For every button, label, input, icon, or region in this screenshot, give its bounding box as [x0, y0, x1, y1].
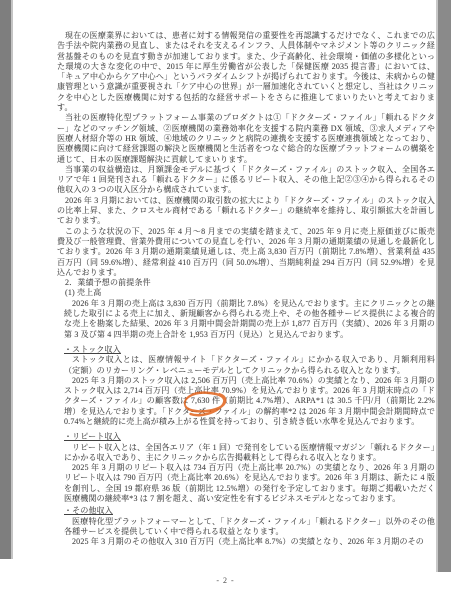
revenue-structure-paragraph-3: このような状況の下、2025 年 4 月～8 月までの実績を踏まえて、2025 … — [57, 227, 435, 278]
stock-revenue-heading: ・ストック収入 — [64, 345, 435, 355]
circled-value-text: 7,630 件 — [191, 396, 221, 405]
stock-revenue-subsection: ・ストック収入 ストック収入とは、医療情報サイト「ドクターズ・ファイル」にかかる… — [64, 345, 435, 427]
circled-customer-count: 7,630 件 — [191, 396, 221, 405]
revenue-structure-paragraph-2: 2026 年 3 月期においては、医療機関の取引数の拡大により「ドクターズ・ファ… — [57, 196, 435, 227]
scan-background-left — [0, 0, 13, 559]
intro-paragraph-2: 当社の医療特化型プラットフォーム事業のプロダクトは①「ドクターズ・ファイル」「頼… — [57, 113, 435, 164]
scan-background-right — [436, 0, 451, 572]
sales-subsection: 2026 年 3 月期の売上高は 3,830 百万円（前期比 7.8%）を見込ん… — [64, 299, 435, 340]
repeat-revenue-subsection: ・リピート収入 リピート収入とは、全国各エリア（年 1 回）で発刊をしている医療… — [64, 432, 435, 504]
intro-paragraph-1: 現在の医療業界においては、患者に対する情報発信の重要性を再認識するだけでなく、こ… — [57, 31, 435, 113]
other-revenue-heading: ・その他収入 — [64, 506, 435, 516]
sales-paragraph: 2026 年 3 月期の売上高は 3,830 百万円（前期比 7.8%）を見込ん… — [64, 299, 435, 340]
repeat-paragraph-2: 2025 年 3 月期のリピート収入は 734 百万円（売上高比率 20.7%）… — [64, 463, 435, 504]
stock-paragraph-2: 2025 年 3 月期のストック収入は 2,506 百万円（売上高比率 70.6… — [64, 376, 435, 427]
subsection-heading-sales: (1) 売上高 — [57, 288, 435, 298]
repeat-revenue-heading: ・リピート収入 — [64, 432, 435, 442]
other-paragraph-2: 2025 年 3 月期のその他収入 310 百万円（売上高比率 8.7%）の実績… — [64, 537, 435, 547]
repeat-paragraph-1: リピート収入とは、全国各エリア（年 1 回）で発刊をしている医療情報マガジン「頼… — [64, 443, 435, 464]
revenue-structure-paragraph-1: 当事業の収益構造は、月額課金モデルに基づく「ドクターズ・ファイル」のストック収入… — [57, 165, 435, 196]
section-heading-forecast-assumptions: 2．業績予想の前提条件 — [57, 278, 435, 288]
other-paragraph-1: 医療特化型プラットフォーマーとして、「ドクターズ・ファイル」「頼れるドクター」以… — [64, 517, 435, 538]
other-revenue-subsection: ・その他収入 医療特化型プラットフォーマーとして、「ドクターズ・ファイル」「頼れ… — [64, 506, 435, 547]
page-body-text: 現在の医療業界においては、患者に対する情報発信の重要性を再認識するだけでなく、こ… — [57, 31, 435, 548]
page-number: - 2 - — [0, 576, 451, 585]
stock-paragraph-1: ストック収入とは、医療情報サイト「ドクターズ・ファイル」にかかる収入であり、月額… — [64, 355, 435, 376]
document-page: 現在の医療業界においては、患者に対する情報発信の重要性を再認識するだけでなく、こ… — [0, 0, 451, 600]
